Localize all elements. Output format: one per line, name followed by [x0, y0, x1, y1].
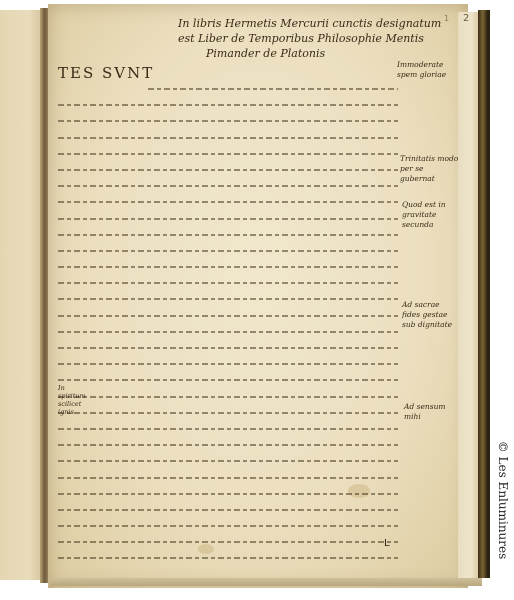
folio-number-left: 1: [444, 14, 449, 23]
text-block: [58, 82, 398, 568]
handwritten-line: [58, 535, 398, 551]
handwritten-line: [58, 114, 398, 130]
handwritten-line: [58, 228, 398, 244]
quire-signature: L: [384, 538, 390, 549]
handwritten-line: [58, 503, 398, 519]
handwritten-line: [58, 406, 398, 422]
heading-line: In libris Hermetis Mercurii cunctis desi…: [178, 16, 441, 31]
copyright-watermark: © Les Enluminures: [496, 441, 510, 560]
handwritten-line: [58, 147, 398, 163]
heading-line: Pimander de Platonis: [178, 46, 441, 61]
heading-line: est Liber de Temporibus Philosophie Ment…: [178, 31, 441, 46]
handwritten-line: [58, 390, 398, 406]
fore-edge: [458, 12, 480, 578]
handwritten-line: [58, 131, 398, 147]
handwritten-line: [58, 422, 398, 438]
margin-note: Immoderate spem gloriae: [397, 60, 459, 80]
margin-note: Ad sacrae fides gestae sub dignitate: [402, 300, 460, 330]
handwritten-line: [58, 471, 398, 487]
margin-note: Ad sensum mihi: [404, 402, 460, 422]
handwritten-line: [58, 309, 398, 325]
handwritten-line: [58, 292, 398, 308]
margin-note: Quod est in gravitate secunda: [402, 200, 460, 230]
heading: In libris Hermetis Mercurii cunctis desi…: [178, 16, 441, 61]
handwritten-line: [58, 438, 398, 454]
margin-note-left: In spiritum scilicet ignis: [58, 384, 88, 416]
handwritten-line: [58, 212, 398, 228]
handwritten-line: [148, 82, 398, 98]
handwritten-line: [58, 276, 398, 292]
incipit: TES SVNT: [58, 64, 154, 82]
handwritten-line: [58, 179, 398, 195]
handwritten-line: [58, 98, 398, 114]
handwritten-line: [58, 325, 398, 341]
cover-edge: [478, 10, 490, 578]
handwritten-line: [58, 487, 398, 503]
handwritten-line: [58, 454, 398, 470]
handwritten-line: [58, 260, 398, 276]
handwritten-line: [58, 373, 398, 389]
margin-note: Trinitatis modo per se gubernat: [400, 154, 460, 184]
folio-number: 2: [463, 13, 469, 24]
handwritten-line: [58, 163, 398, 179]
bottom-edge: [50, 578, 482, 586]
handwritten-line: [58, 551, 398, 567]
handwritten-line: [58, 357, 398, 373]
handwritten-line: [58, 195, 398, 211]
handwritten-line: [58, 244, 398, 260]
handwritten-line: [58, 519, 398, 535]
handwritten-line: [58, 341, 398, 357]
